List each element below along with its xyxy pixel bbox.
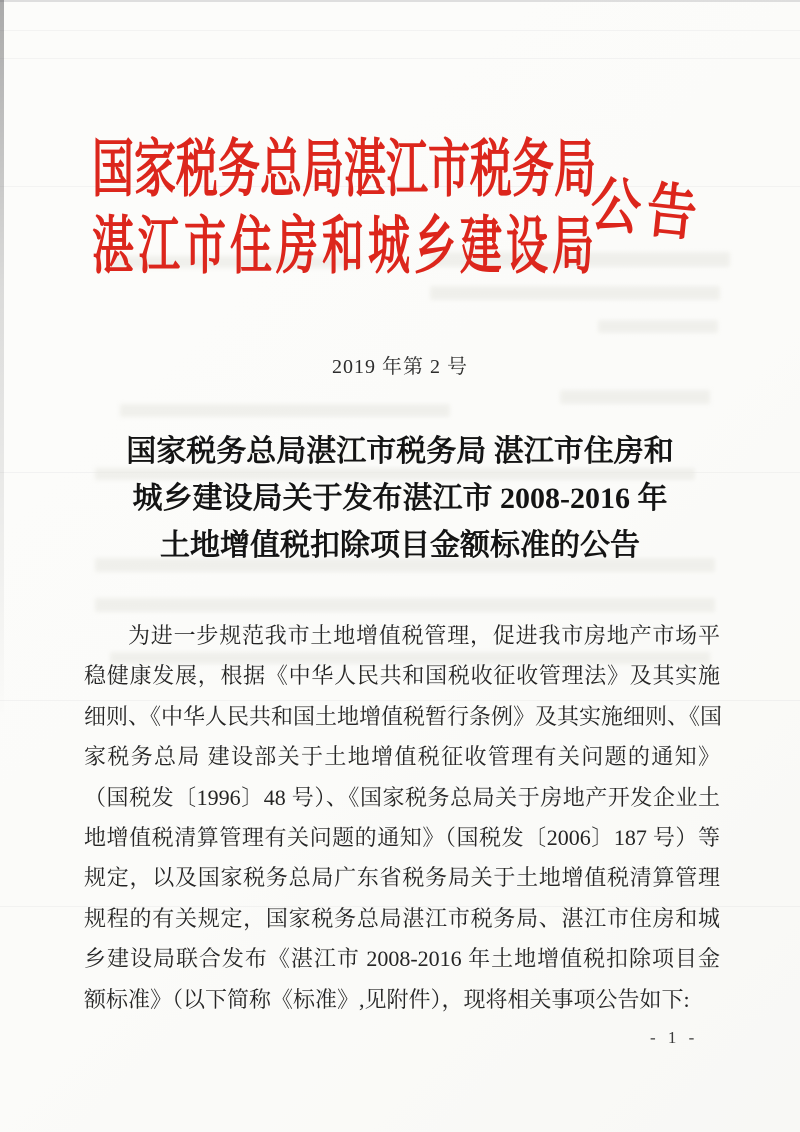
page-number: - 1 - [650,1028,698,1048]
scanline-artifact [0,30,800,31]
bleedthrough-artifact [95,598,715,612]
bleedthrough-artifact [430,286,720,300]
body-line: （国税发〔1996〕48 号）、《国家税务总局关于房地产开发企业土 [84,778,720,818]
announcement-title: 国家税务总局湛江市税务局 湛江市住房和 城乡建设局关于发布湛江市 2008-20… [0,428,800,569]
bleedthrough-artifact [560,390,710,404]
body-line: 规程的有关规定，国家税务总局湛江市税务局、湛江市住房和城 [84,899,720,939]
body-line: 细则、《中华人民共和国土地增值税暂行条例》及其实施细则、《国 [84,697,720,737]
announcement-type-label: 公告 [587,156,707,254]
title-line-1: 国家税务总局湛江市税务局 湛江市住房和 [0,428,800,475]
issuer-name-line2: 湛江市住房和城乡建设局 [92,197,602,287]
doc-number: 2019 年第 2 号 [0,350,800,379]
body-line: 家税务总局 建设部关于土地增值税征收管理有关问题的通知》 [84,737,720,777]
title-line-3: 土地增值税扣除项目金额标准的公告 [0,522,800,569]
body-line: 乡建设局联合发布《湛江市 2008-2016 年土地增值税扣除项目金 [84,939,720,979]
body-paragraph: 为进一步规范我市土地增值税管理，促进我市房地产市场平 稳健康发展，根据《中华人民… [84,616,720,1020]
scanline-artifact [0,58,800,59]
body-line: 规定，以及国家税务总局广东省税务局关于土地增值税清算管理 [84,858,720,898]
scanned-page: 国家税务总局湛江市税务局 湛江市住房和城乡建设局 公告 2019 年第 2 号 … [0,0,800,1132]
scan-edge-artifact [0,0,800,2]
title-line-2: 城乡建设局关于发布湛江市 2008-2016 年 [0,475,800,522]
body-line: 额标准》（以下简称《标准》,见附件），现将相关事项公告如下: [84,980,720,1020]
body-line: 为进一步规范我市土地增值税管理，促进我市房地产市场平 [84,616,720,656]
body-line: 地增值税清算管理有关问题的通知》（国税发〔2006〕187 号）等 [84,818,720,858]
bleedthrough-artifact [120,404,450,417]
bleedthrough-artifact [598,320,718,333]
body-line: 稳健康发展，根据《中华人民共和国税收征收管理法》及其实施 [84,656,720,696]
